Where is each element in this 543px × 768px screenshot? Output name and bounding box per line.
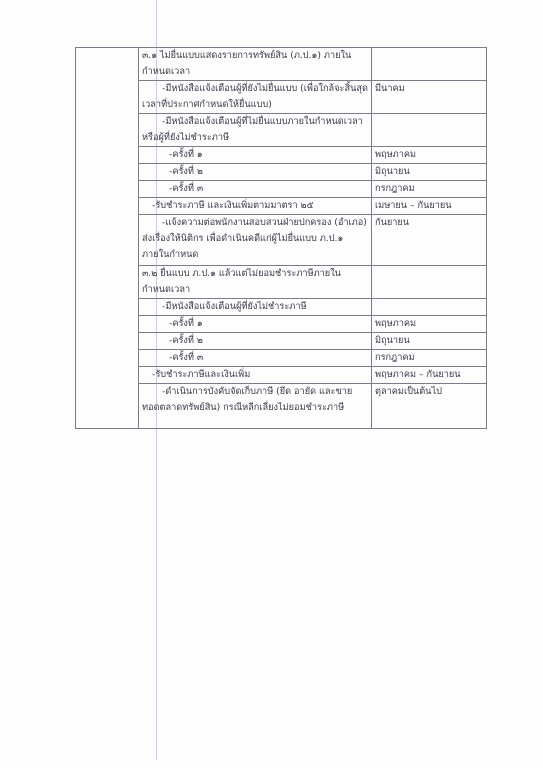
task-cell: -ครั้งที่ ๑ (139, 316, 372, 333)
task-cell: -มีหนังสือแจ้งเตือนผู้ที่ไม่ยื่นแบบภายใน… (139, 114, 372, 147)
task-cell: -แจ้งความต่อพนักงานสอบสวนฝ่ายปกครอง (อำเ… (139, 215, 372, 266)
table-row: ๓.๑ ไม่ยื่นแบบแสดงรายการทรัพย์สิน (ภ.ป.๑… (76, 48, 487, 81)
period-cell: กรกฎาคม (372, 181, 487, 198)
period-cell: ตุลาคมเป็นต้นไป (372, 384, 487, 429)
period-cell: มิถุนายน (372, 333, 487, 350)
task-cell: -รับชำระภาษี และเงินเพิ่มตามมาตรา ๒๕ (139, 198, 372, 215)
task-cell: -ครั้งที่ ๒ (139, 164, 372, 181)
left-empty-column (76, 48, 139, 429)
schedule-table: ๓.๑ ไม่ยื่นแบบแสดงรายการทรัพย์สิน (ภ.ป.๑… (75, 47, 487, 429)
task-cell: ๓.๒ ยื่นแบบ ภ.ป.๑ แล้วแต่ไม่ยอมชำระภาษีภ… (139, 266, 372, 299)
period-cell: พฤษภาคม – กันยายน (372, 367, 487, 384)
period-cell: กันยายน (372, 215, 487, 266)
period-cell (372, 266, 487, 299)
period-cell (372, 48, 487, 81)
period-cell (372, 299, 487, 316)
period-cell: เมษายน – กันยายน (372, 198, 487, 215)
period-cell (372, 114, 487, 147)
period-cell: พฤษภาคม (372, 147, 487, 164)
task-cell: -ดำเนินการบังคับจัดเก็บภาษี (ยึด อายัด แ… (139, 384, 372, 429)
period-cell: มีนาคม (372, 81, 487, 114)
task-cell: -มีหนังสือแจ้งเตือนผู้ที่ยังไม่ชำระภาษี (139, 299, 372, 316)
period-cell: พฤษภาคม (372, 316, 487, 333)
task-cell: -ครั้งที่ ๓ (139, 181, 372, 198)
task-cell: -รับชำระภาษีและเงินเพิ่ม (139, 367, 372, 384)
task-cell: -ครั้งที่ ๑ (139, 147, 372, 164)
period-cell: กรกฎาคม (372, 350, 487, 367)
task-cell: -ครั้งที่ ๒ (139, 333, 372, 350)
task-cell: ๓.๑ ไม่ยื่นแบบแสดงรายการทรัพย์สิน (ภ.ป.๑… (139, 48, 372, 81)
period-cell: มิถุนายน (372, 164, 487, 181)
task-cell: -มีหนังสือแจ้งเตือนผู้ที่ยังไม่ยื่นแบบ (… (139, 81, 372, 114)
task-cell: -ครั้งที่ ๓ (139, 350, 372, 367)
